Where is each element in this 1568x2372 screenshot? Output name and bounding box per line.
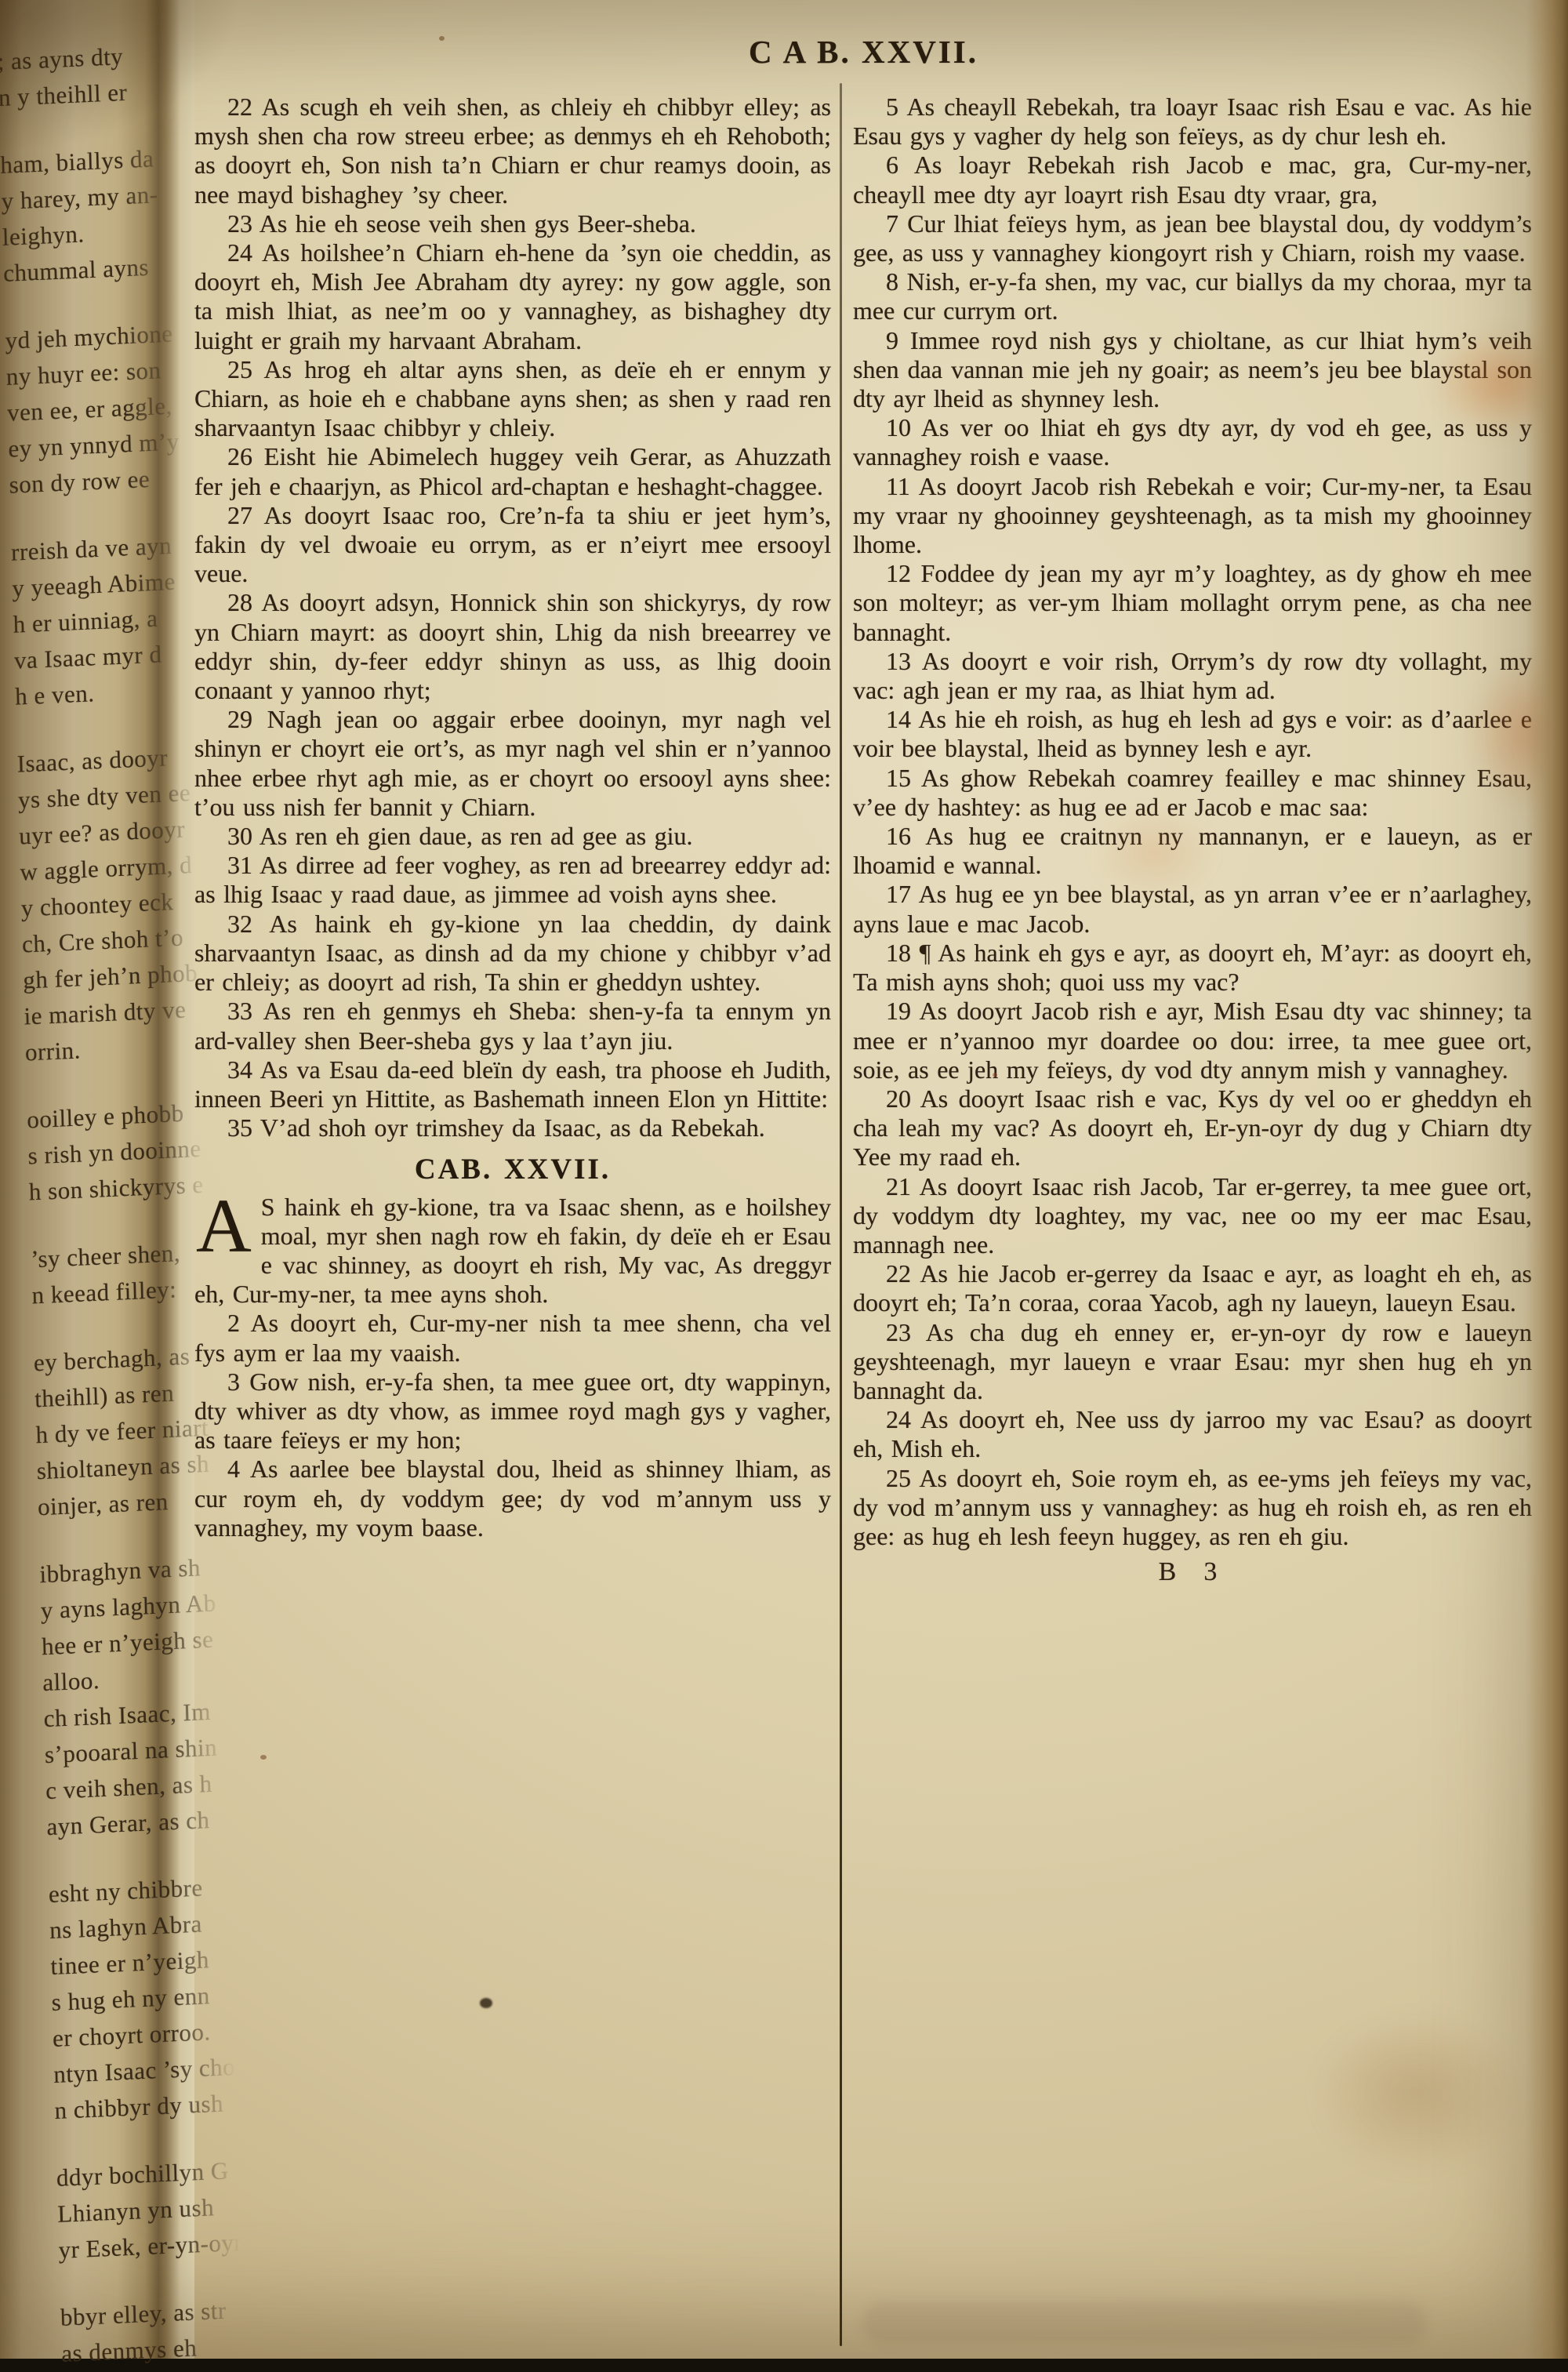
verse-number: 32 xyxy=(227,910,252,938)
verse-number: 29 xyxy=(227,705,252,733)
ink-blot xyxy=(480,1998,492,2008)
verse: 3 Gow nish, er-y-fa shen, ta mee guee or… xyxy=(194,1368,831,1455)
verse-number: 22 xyxy=(886,1259,911,1288)
verse: 35 V’ad shoh oyr trimshey da Isaac, as d… xyxy=(194,1113,831,1142)
verse: 4 As aarlee bee blaystal dou, lheid as s… xyxy=(194,1455,831,1542)
verse: 10 As ver oo lhiat eh gys dty ayr, dy vo… xyxy=(853,413,1532,471)
text-columns: 22 As scugh eh veih shen, as chleiy eh c… xyxy=(194,93,1533,2351)
verse: 14 As hie eh roish, as hug eh lesh ad gy… xyxy=(853,705,1532,763)
verse: 24 As dooyrt eh, Nee uss dy jarroo my va… xyxy=(853,1405,1532,1463)
ink-showthrough xyxy=(862,2301,1427,2345)
verse: 33 As ren eh genmys eh Sheba: shen-y-fa … xyxy=(194,997,831,1055)
verse: 2 As dooyrt eh, Cur-my-ner nish ta mee s… xyxy=(194,1309,831,1367)
book-gutter: ; as ayns dtyn y theihll erham, biallys … xyxy=(0,0,194,2359)
verse: 27 As dooyrt Isaac roo, Cre’n-fa ta shiu… xyxy=(194,501,831,589)
dust-speck xyxy=(260,1755,267,1760)
verse-number: 14 xyxy=(886,705,911,733)
verse-number: 13 xyxy=(886,647,911,675)
verse: 13 As dooyrt e voir rish, Orrym’s dy row… xyxy=(853,647,1532,705)
verse-number: 24 xyxy=(886,1405,911,1433)
verse: 15 As ghow Rebekah coamrey feailley e ma… xyxy=(853,764,1532,822)
verse: AS haink eh gy-kione, tra va Isaac shenn… xyxy=(194,1193,831,1310)
verse-number: 31 xyxy=(227,851,252,879)
verse-number: 21 xyxy=(886,1172,911,1201)
verse-number: 11 xyxy=(886,472,910,500)
verse: 23 As hie eh seose veih shen gys Beer-sh… xyxy=(194,209,831,238)
verse-number: 19 xyxy=(886,997,911,1025)
verse-number: 23 xyxy=(227,209,252,238)
verse: 26 Eisht hie Abimelech huggey veih Gerar… xyxy=(194,442,831,500)
verse: 5 As cheayll Rebekah, tra loayr Isaac ri… xyxy=(853,93,1532,151)
verse: 8 Nish, er-y-fa shen, my vac, cur bially… xyxy=(853,267,1532,325)
verse-number: 8 xyxy=(886,267,898,296)
signature-mark: B 3 xyxy=(853,1557,1532,1586)
page-edge-stack xyxy=(1526,0,1568,2359)
dust-speck xyxy=(993,1073,997,1077)
stain xyxy=(1094,808,1215,898)
verse-number: 20 xyxy=(886,1084,911,1113)
verse-number: 15 xyxy=(886,764,911,792)
dust-speck xyxy=(596,132,600,136)
verse-number: 27 xyxy=(227,501,252,529)
verse: 7 Cur lhiat feïeys hym, as jean bee blay… xyxy=(853,209,1532,267)
verse-number: 28 xyxy=(227,588,252,616)
verse-number: 5 xyxy=(886,93,898,121)
verse: 30 As ren eh gien daue, as ren ad gee as… xyxy=(194,822,831,851)
verse: 28 As dooyrt adsyn, Honnick shin son shi… xyxy=(194,588,831,705)
verse: 29 Nagh jean oo aggair erbee dooinyn, my… xyxy=(194,705,831,822)
running-chapter-header: C A B. XXVII. xyxy=(194,33,1533,71)
verse: 17 As hug ee yn bee blaystal, as yn arra… xyxy=(853,880,1532,938)
chapter-heading: CAB. XXVII. xyxy=(194,1155,831,1184)
left-column: 22 As scugh eh veih shen, as chleiy eh c… xyxy=(194,93,831,1542)
verse-number: 18 xyxy=(886,939,911,967)
verse: 20 As dooyrt Isaac rish e vac, Kys dy ve… xyxy=(853,1084,1532,1172)
drop-cap: A xyxy=(194,1193,261,1256)
verse-number: 25 xyxy=(886,1464,911,1492)
verse: 22 As hie Jacob er-gerrey da Isaac e ayr… xyxy=(853,1259,1532,1317)
verse: 21 As dooyrt Isaac rish Jacob, Tar er-ge… xyxy=(853,1172,1532,1260)
verse: 11 As dooyrt Jacob rish Rebekah e voir; … xyxy=(853,472,1532,560)
verse-number: 25 xyxy=(227,355,252,383)
verse-number: 3 xyxy=(227,1368,240,1396)
verse-number: 34 xyxy=(227,1055,252,1084)
verse-number: 4 xyxy=(227,1455,240,1483)
verse-number: 33 xyxy=(227,997,252,1025)
verse: 34 As va Esau da-eed bleïn dy eash, tra … xyxy=(194,1055,831,1113)
verse: 12 Foddee dy jean my ayr m’y loaghtey, a… xyxy=(853,559,1532,647)
verse: 24 As hoilshee’n Chiarn eh-hene da ’syn … xyxy=(194,238,831,355)
verse: 25 As dooyrt eh, Soie roym eh, as ee-yms… xyxy=(853,1464,1532,1552)
chapter-26-verses: 22 As scugh eh veih shen, as chleiy eh c… xyxy=(194,93,831,1142)
verse-number: 7 xyxy=(886,209,898,238)
dust-speck xyxy=(439,36,445,41)
verse: 19 As dooyrt Jacob rish e ayr, Mish Esau… xyxy=(853,997,1532,1084)
verse: 32 As haink eh gy-kione yn laa cheddin, … xyxy=(194,910,831,997)
verse: 25 As hrog eh altar ayns shen, as deïe e… xyxy=(194,355,831,443)
verse-number: 9 xyxy=(886,326,898,354)
stain xyxy=(1311,2011,1523,2176)
verse-number: 22 xyxy=(227,93,252,121)
verse: 6 As loayr Rebekah rish Jacob e mac, gra… xyxy=(853,151,1532,209)
verse-number: 24 xyxy=(227,238,252,267)
verse-number: 16 xyxy=(886,822,911,850)
verse-number: 30 xyxy=(227,822,252,850)
verse-number: 10 xyxy=(886,413,911,441)
verse-number: 26 xyxy=(227,442,252,470)
verse: 23 As cha dug eh enney er, er-yn-oyr dy … xyxy=(853,1318,1532,1406)
verse-number: 23 xyxy=(886,1318,911,1346)
book-page-photo: ; as ayns dtyn y theihll erham, biallys … xyxy=(0,0,1568,2359)
verse: 31 As dirree ad feer voghey, as ren ad b… xyxy=(194,851,831,909)
verse-number: 35 xyxy=(227,1113,252,1142)
verse-number: 17 xyxy=(886,880,911,908)
verse-number: 12 xyxy=(886,559,911,587)
verse-number: 2 xyxy=(227,1309,240,1337)
column-divider-rule xyxy=(840,83,842,2346)
verse: 22 As scugh eh veih shen, as chleiy eh c… xyxy=(194,93,831,209)
verse: 18 ¶ As haink eh gys e ayr, as dooyrt eh… xyxy=(853,939,1532,997)
chapter-27-verses-start: AS haink eh gy-kione, tra va Isaac shenn… xyxy=(194,1193,831,1542)
verse-number: 6 xyxy=(886,151,898,179)
